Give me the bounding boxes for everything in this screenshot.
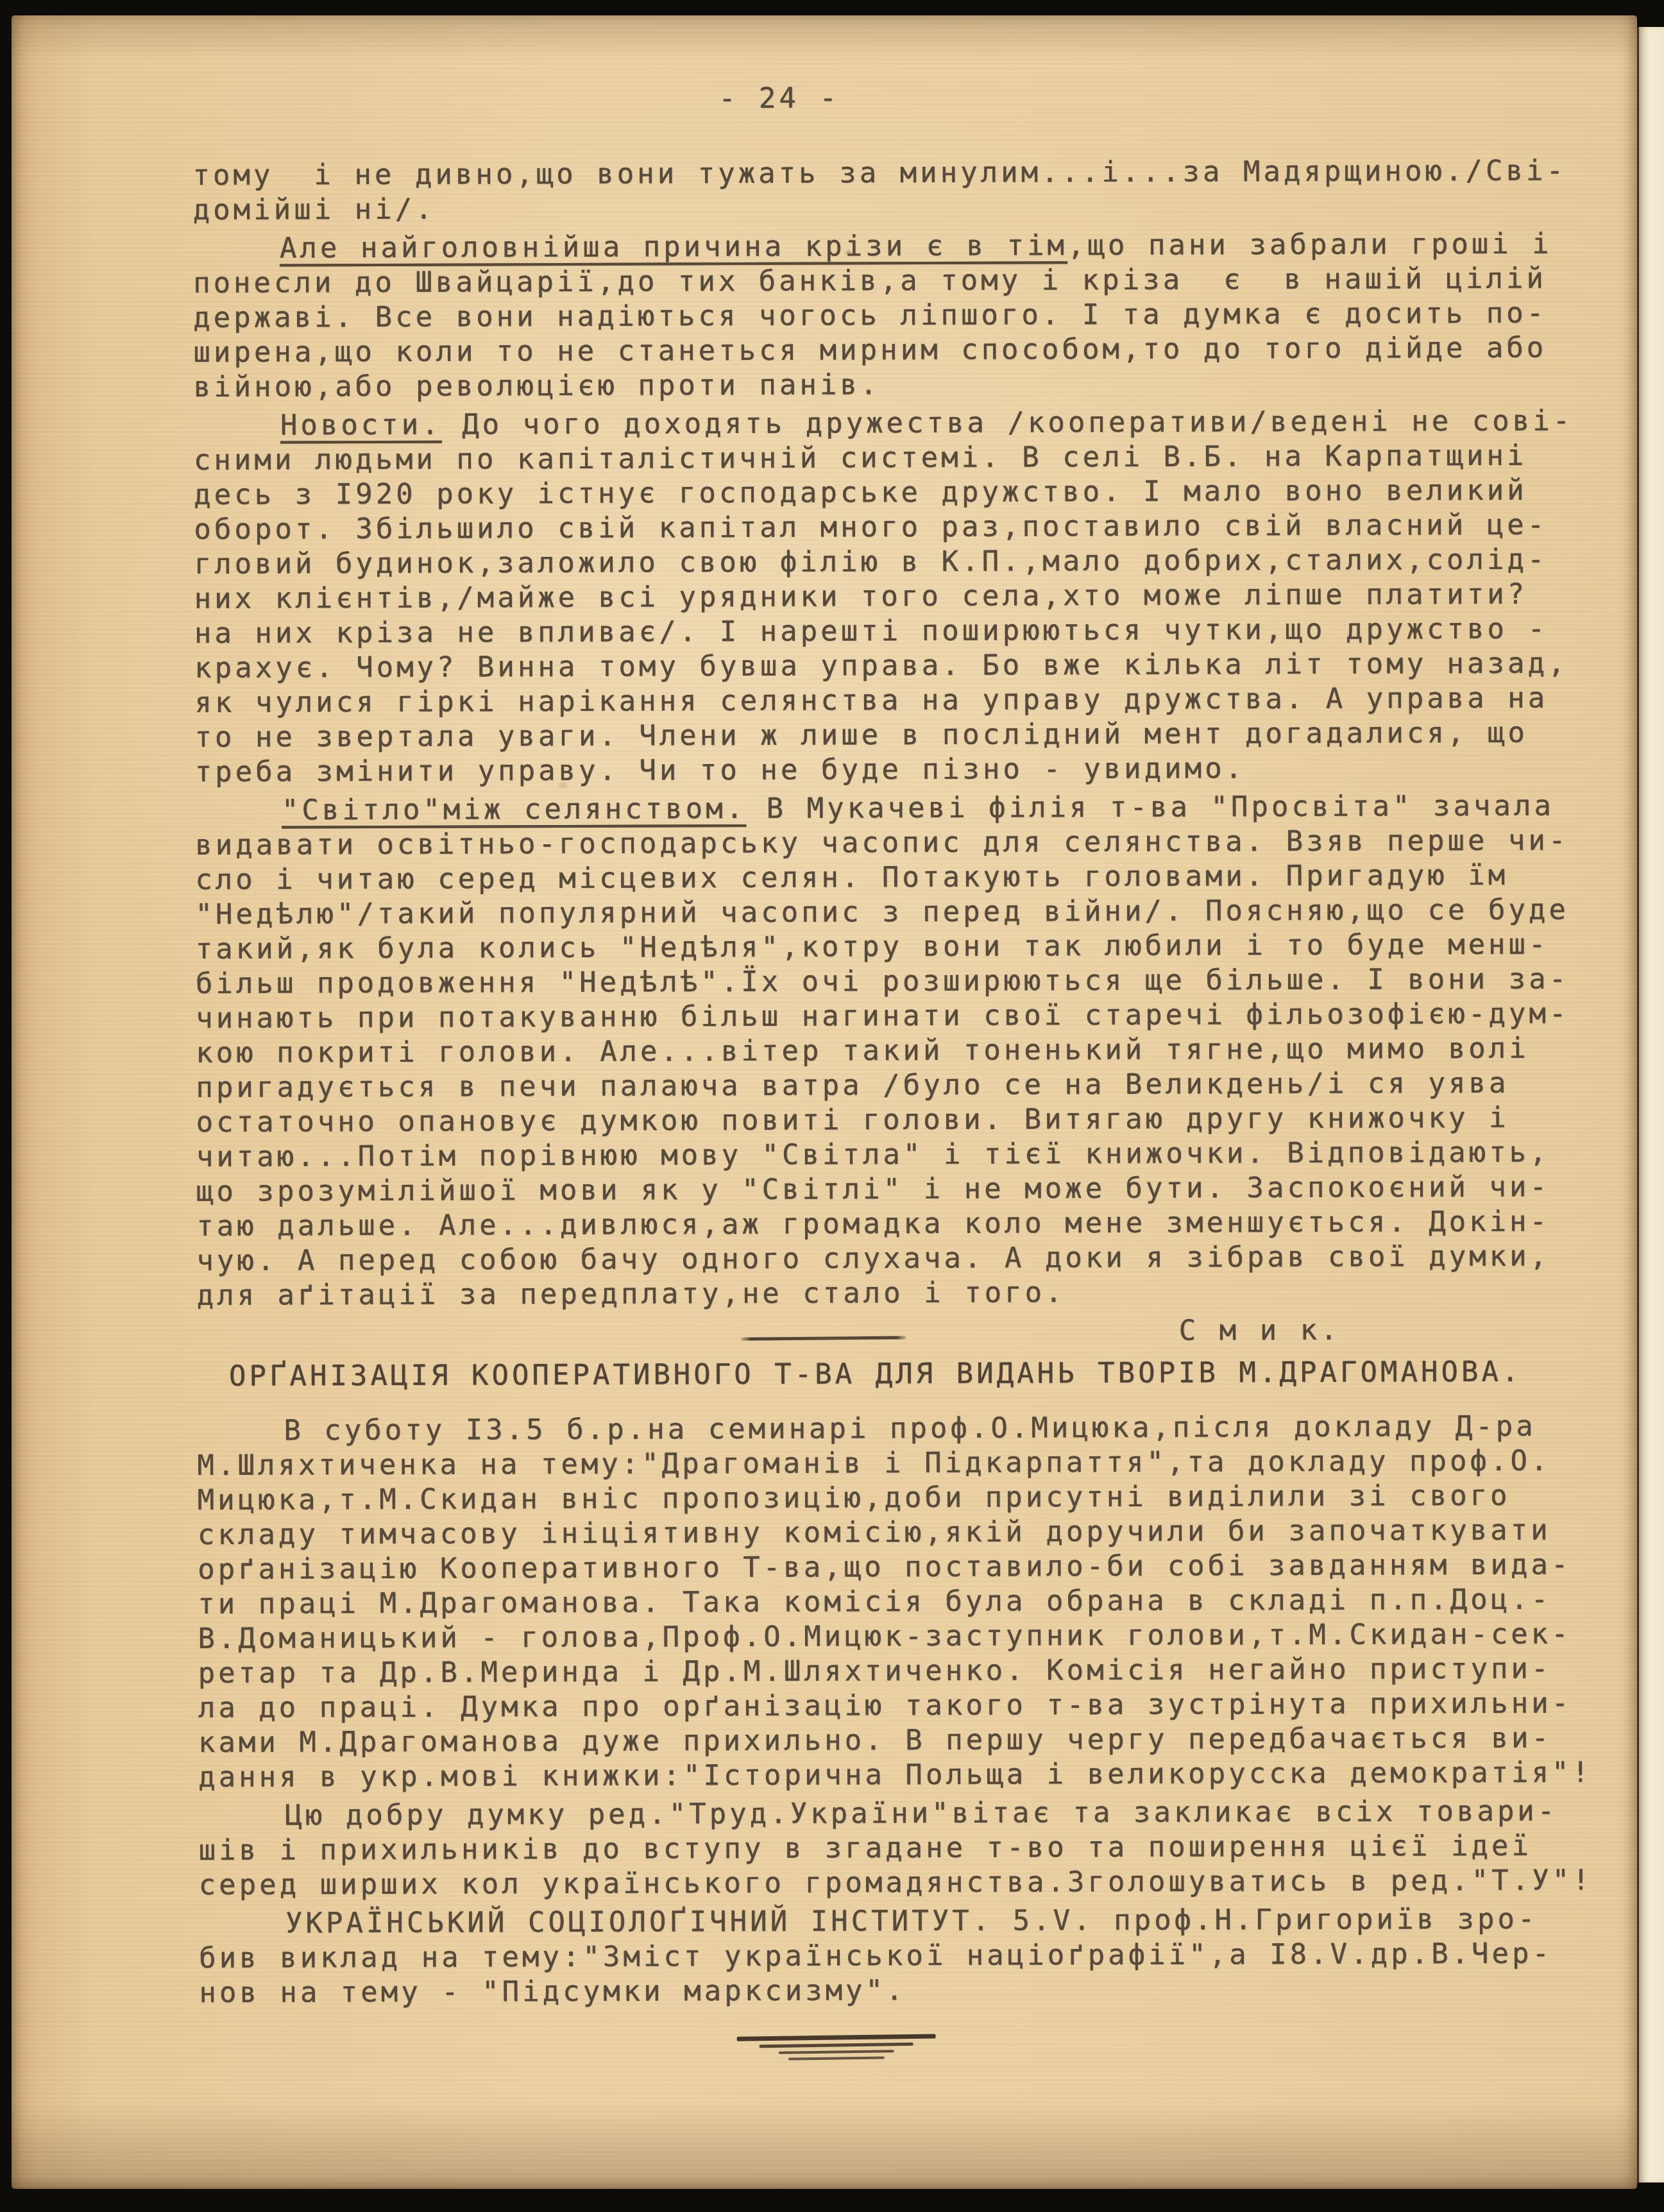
text-segment: більш продовження "Недѣлѣ".Їх очі розшир… [196, 963, 1570, 1000]
text-line: них клієнтів,/майже всі урядники того се… [194, 577, 1574, 617]
text-segment: М.Шляхтиченка на тему:"Драгоманів і Підк… [197, 1445, 1550, 1482]
text-segment: Мицюка,т.М.Скидан вніс пропозицію,доби п… [198, 1479, 1511, 1517]
text-line: УКРАЇНСЬКИЙ СОЦІОЛОҐІЧНИЙ ІНСТИТУТ. 5.V.… [199, 1901, 1578, 1941]
text-line: пригадується в печи палаюча ватра /було … [196, 1066, 1575, 1105]
text-segment: ,що пани забрали гроші і [1067, 228, 1552, 262]
text-line: на них кріза не впливає/. І нарешті поши… [194, 611, 1574, 651]
text-segment: як чулися гіркі нарікання селянства на у… [194, 682, 1548, 719]
text-segment: сло і читаю серед місцевих селян. Потаку… [195, 859, 1508, 896]
text-segment: В суботу І3.5 б.р.на семинарі проф.О.Миц… [284, 1410, 1536, 1447]
text-line: видавати освітньо-господарську часопис д… [195, 823, 1574, 863]
text-line: В суботу І3.5 б.р.на семинарі проф.О.Миц… [197, 1409, 1576, 1449]
text-segment: на них кріза не впливає/. І нарешті поши… [194, 613, 1548, 650]
end-divider-line [779, 2050, 894, 2054]
underlined-phrase: Новости. [280, 409, 442, 442]
end-divider [737, 2035, 936, 2060]
text-line: читаю...Потім порівнюю мову "Світла" і т… [196, 1135, 1575, 1175]
text-segment: крахує. Чому? Винна тому бувша управа. Б… [194, 647, 1568, 685]
text-line: державі. Все вони надіються чогось ліпшо… [193, 296, 1572, 336]
text-segment: десь з І920 року істнує господарське дру… [194, 474, 1527, 511]
section-divider [741, 1336, 906, 1340]
text-line: дання в укр.мові книжки:"Історична Польщ… [198, 1755, 1577, 1795]
text-line: як чулися гіркі нарікання селянства на у… [194, 681, 1574, 720]
text-segment: "Недѣлю"/такий популярний часопис з пере… [195, 894, 1569, 931]
underlined-phrase: "Світло"між селянством. [282, 792, 746, 827]
text-segment: видавати освітньо-господарську часопис д… [195, 824, 1569, 862]
text-line: такий,як була колись "Недѣля",котру вони… [196, 927, 1575, 967]
text-line: ширена,що коли то не станеться мирним сп… [193, 330, 1572, 370]
text-segment: сними людьми по капіталістичній системі.… [194, 439, 1527, 477]
paragraph: В суботу І3.5 б.р.на семинарі проф.О.Миц… [197, 1409, 1577, 1795]
text-segment: До чого доходять дружества /кооперативи/… [442, 404, 1574, 441]
text-line: сними людьми по капіталістичній системі.… [194, 438, 1573, 478]
text-segment: ширена,що коли то не станеться мирним сп… [193, 332, 1547, 369]
text-line: орґанізацію Кооперативного Т-ва,що поста… [198, 1547, 1577, 1587]
text-line: понесли до Швайцарії,до тих банків,а том… [193, 261, 1572, 301]
paragraph: Цю добру думку ред."Труд.України"вітає т… [198, 1794, 1578, 1903]
text-segment: В Мукачеві філія т-ва "Просвіта" зачала [746, 790, 1554, 825]
text-line: для аґітації за передплату,не стало і то… [197, 1273, 1576, 1313]
text-segment: таю дальше. Але...дивлюся,аж громадка ко… [196, 1205, 1550, 1243]
text-segment: що зрозумілійшої мови як у "Світлі" і не… [196, 1171, 1550, 1208]
text-line: що зрозумілійшої мови як у "Світлі" і не… [196, 1170, 1575, 1209]
text-line: чую. А перед собою бачу одного слухача. … [196, 1239, 1575, 1279]
text-line: тому і не дивно,що вони тужать за минули… [192, 153, 1572, 193]
text-line: серед ширших кол українського громадянст… [199, 1863, 1578, 1903]
text-segment: чую. А перед собою бачу одного слухача. … [196, 1240, 1550, 1277]
text-segment: шів і прихильників до вступу в згадане т… [199, 1830, 1532, 1867]
article-heading: ОРҐАНІЗАЦІЯ КООПЕРАТИВНОГО Т-ВА ДЛЯ ВИДА… [229, 1354, 1576, 1393]
text-segment: тому і не дивно,що вони тужать за минули… [192, 155, 1566, 192]
text-line: ти праці М.Драгоманова. Така комісія бул… [198, 1582, 1577, 1622]
text-line: Новости. До чого доходять дружества /коо… [194, 404, 1573, 443]
text-line: чинають при потакуванню більш нагинати с… [196, 996, 1575, 1036]
text-segment: ти праці М.Драгоманова. Така комісія бул… [198, 1583, 1551, 1621]
typed-text-content: - 24 - тому і не дивно,що вони тужать за… [192, 78, 1579, 2065]
text-segment: ла до праці. Думка про орґанізацію таког… [198, 1687, 1572, 1724]
text-segment: домійші ні/. [193, 193, 436, 226]
text-segment: остаточно опановує думкою повиті голови.… [196, 1102, 1509, 1139]
text-line: Цю добру думку ред."Труд.України"вітає т… [198, 1794, 1577, 1833]
text-segment: ками М.Драгоманова дуже прихильно. В пер… [198, 1722, 1552, 1759]
text-line: Але найголовнійша причина крізи є в тім,… [193, 226, 1572, 266]
text-line: таю дальше. Але...дивлюся,аж громадка ко… [196, 1204, 1575, 1244]
text-segment: серед ширших кол українського громадянст… [199, 1864, 1593, 1901]
paragraph: Новости. До чого доходять дружества /коо… [194, 404, 1574, 790]
text-segment: то не звертала уваги. Члени ж лише в пос… [194, 717, 1528, 754]
text-line: В.Доманицький - голова,Проф.О.Мицюк-заст… [198, 1617, 1577, 1656]
text-segment: В.Доманицький - голова,Проф.О.Мицюк-заст… [198, 1618, 1572, 1655]
text-segment: кою покриті голови. Але...вітер такий то… [196, 1032, 1529, 1069]
text-line: гловий будинок,заложило свою філію в К.П… [194, 542, 1574, 582]
text-segment: такий,як була колись "Недѣля",котру вони… [196, 928, 1549, 966]
end-divider-line [760, 2043, 913, 2048]
text-segment: дання в укр.мові книжки:"Історична Польщ… [198, 1756, 1592, 1794]
text-line: складу тимчасову ініціятивну комісію,які… [198, 1513, 1577, 1553]
text-line: сло і читаю серед місцевих селян. Потаку… [195, 858, 1574, 898]
text-segment: бив виклад на тему:"Зміст української на… [199, 1937, 1552, 1975]
page-number: - 24 - [718, 78, 1572, 116]
underlined-phrase: Але найголовнійша причина крізи є в тім [280, 229, 1067, 264]
text-line: оборот. Збільшило свій капітал много раз… [194, 507, 1573, 547]
text-segment: складу тимчасову ініціятивну комісію,які… [198, 1514, 1551, 1551]
text-segment: для аґітації за передплату,не стало і то… [197, 1276, 1065, 1312]
text-line: "Недѣлю"/такий популярний часопис з пере… [195, 892, 1574, 932]
text-segment: державі. Все вони надіються чогось ліпшо… [193, 297, 1547, 334]
text-line: кою покриті голови. Але...вітер такий то… [196, 1031, 1575, 1071]
text-segment: орґанізацію Кооперативного Т-ва,що поста… [198, 1549, 1572, 1586]
text-line: домійші ні/. [193, 188, 1572, 228]
text-segment: пригадується в печи палаюча ватра /було … [196, 1067, 1509, 1104]
text-segment: війною,або революцією проти панів. [194, 368, 881, 404]
text-line: нов на тему - "Підсумки марксизму". [199, 1971, 1578, 2011]
text-line: війною,або революцією проти панів. [194, 365, 1573, 405]
text-segment: Цю добру думку ред."Труд.України"вітає т… [285, 1795, 1558, 1832]
end-divider-line [788, 2056, 885, 2060]
author-signature: С м и к. [1179, 1312, 1576, 1348]
text-line: то не звертала уваги. Члени ж лише в пос… [194, 715, 1574, 755]
text-segment: УКРАЇНСЬКИЙ СОЦІОЛОҐІЧНИЙ ІНСТИТУТ. 5.V.… [285, 1903, 1538, 1940]
text-segment: ретар та Др.В.Меринда і Др.М.Шляхтиченко… [198, 1653, 1552, 1690]
text-line: ретар та Др.В.Меринда і Др.М.Шляхтиченко… [198, 1651, 1577, 1691]
text-segment: чинають при потакуванню більш нагинати с… [196, 998, 1570, 1035]
text-line: більш продовження "Недѣлѣ".Їх очі розшир… [196, 962, 1575, 1001]
text-line: треба змінити управу. Чи то не буде пізн… [195, 750, 1574, 790]
paragraph: УКРАЇНСЬКИЙ СОЦІОЛОҐІЧНИЙ ІНСТИТУТ. 5.V.… [199, 1901, 1579, 2011]
text-line: ла до праці. Думка про орґанізацію таког… [198, 1686, 1577, 1726]
text-flow: тому і не дивно,що вони тужать за минули… [192, 153, 1578, 2061]
text-segment: гловий будинок,заложило свою філію в К.П… [194, 543, 1548, 581]
text-line: крахує. Чому? Винна тому бувша управа. Б… [194, 646, 1574, 686]
text-line: бив виклад на тему:"Зміст української на… [199, 1936, 1578, 1976]
paragraph: Але найголовнійша причина крізи є в тім,… [193, 226, 1573, 405]
text-line: остаточно опановує думкою повиті голови.… [196, 1100, 1575, 1140]
text-segment: читаю...Потім порівнюю мову "Світла" і т… [196, 1136, 1550, 1173]
paragraph: "Світло"між селянством. В Мукачеві філія… [195, 788, 1576, 1313]
paragraph: тому і не дивно,що вони тужать за минули… [192, 153, 1572, 228]
text-segment: понесли до Швайцарії,до тих банків,а том… [193, 262, 1547, 300]
text-line: Мицюка,т.М.Скидан вніс пропозицію,доби п… [198, 1478, 1577, 1518]
end-divider-line [737, 2034, 936, 2041]
text-segment: оборот. Збільшило свій капітал много раз… [194, 509, 1547, 546]
text-line: ками М.Драгоманова дуже прихильно. В пер… [198, 1721, 1577, 1760]
text-segment: нов на тему - "Підсумки марксизму". [199, 1974, 906, 2009]
text-segment: них клієнтів,/майже всі урядники того се… [194, 578, 1528, 615]
text-line: десь з І920 року істнує господарське дру… [194, 473, 1573, 513]
text-segment: треба змінити управу. Чи то не буде пізн… [195, 752, 1246, 788]
text-line: М.Шляхтиченка на тему:"Драгоманів і Підк… [197, 1443, 1576, 1483]
adjacent-page-edge [1637, 27, 1664, 2182]
text-line: "Світло"між селянством. В Мукачеві філія… [195, 788, 1574, 828]
text-line: шів і прихильників до вступу в згадане т… [199, 1828, 1578, 1868]
